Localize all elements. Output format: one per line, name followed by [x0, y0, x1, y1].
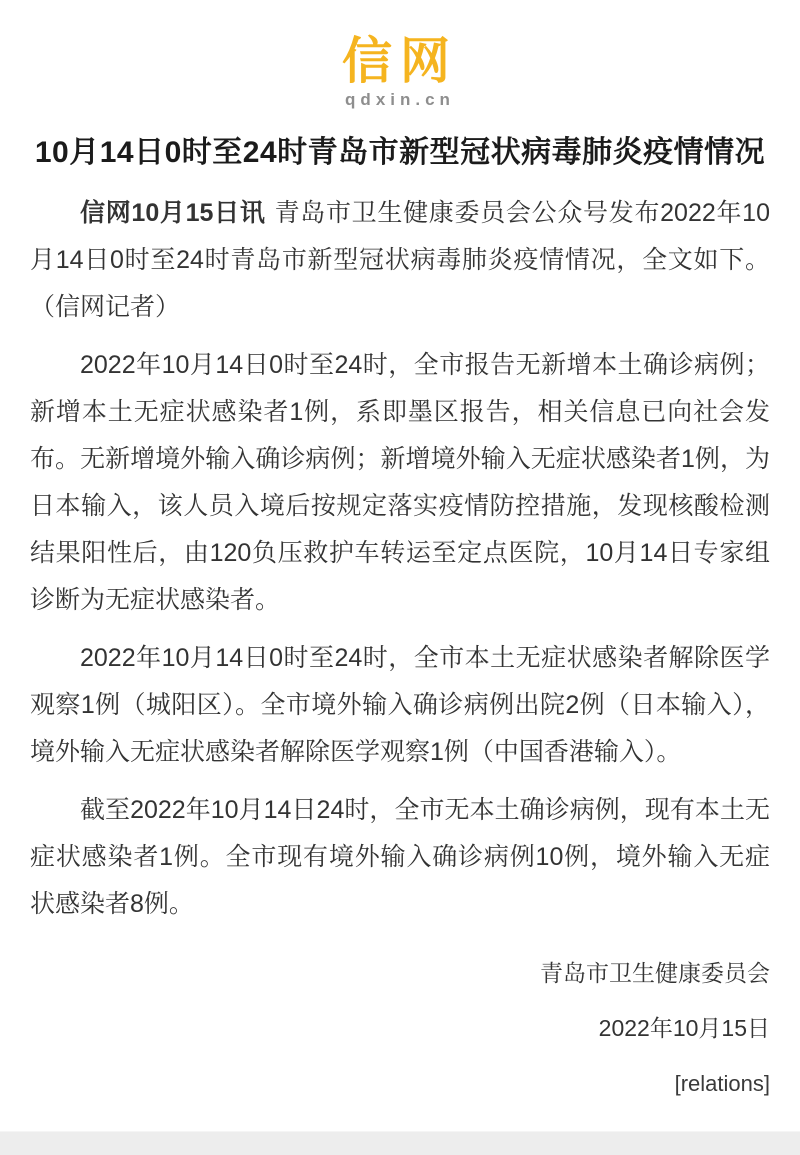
paragraph-totals: 截至2022年10月14日24时，全市无本土确诊病例，现有本土无症状感染者1例。… [30, 787, 770, 928]
paragraph-new-cases: 2022年10月14日0时至24时，全市报告无新增本土确诊病例；新增本土无症状感… [30, 342, 770, 624]
site-logo[interactable]: 信网 qdxin.cn [30, 34, 770, 110]
article-body: 信网10月15日讯青岛市卫生健康委员会公众号发布2022年10月14日0时至24… [30, 190, 770, 928]
dateline-lead: 信网10月15日讯 [80, 199, 266, 227]
signature-date: 2022年10月15日 [30, 1005, 770, 1052]
site-logo-domain: qdxin.cn [30, 90, 770, 110]
paragraph-recoveries: 2022年10月14日0时至24时，全市本土无症状感染者解除医学观察1例（城阳区… [30, 635, 770, 776]
site-logo-text: 信网 [30, 34, 770, 89]
article-page: 信网 qdxin.cn 10月14日0时至24时青岛市新型冠状病毒肺炎疫情情况 … [0, 0, 800, 1155]
paragraph-intro: 信网10月15日讯青岛市卫生健康委员会公众号发布2022年10月14日0时至24… [30, 190, 770, 331]
footer-bar [0, 1131, 800, 1155]
article-title: 10月14日0时至24时青岛市新型冠状病毒肺炎疫情情况 [30, 132, 770, 174]
signature-relations-tag: [relations] [30, 1060, 770, 1107]
signature-author: 青岛市卫生健康委员会 [30, 950, 770, 997]
signature-block: 青岛市卫生健康委员会 2022年10月15日 [relations] [30, 950, 770, 1107]
